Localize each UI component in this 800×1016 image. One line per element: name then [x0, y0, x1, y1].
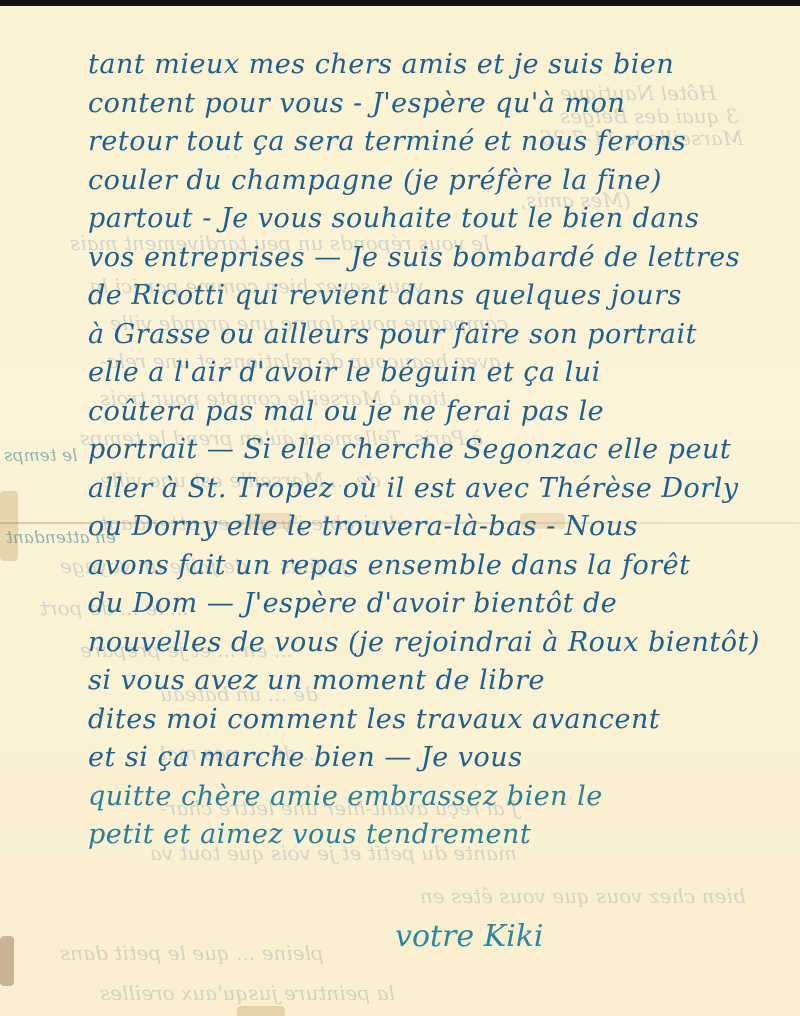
letter-line: quitte chère amie embrassez bien le — [88, 778, 800, 817]
margin-note: le temps — [4, 446, 78, 466]
letter-line: avons fait un repas ensemble dans la for… — [88, 547, 800, 586]
letter-line: de Ricotti qui revient dans quelques jou… — [88, 277, 800, 316]
letter-line: vos entreprises — Je suis bombardé de le… — [88, 239, 800, 278]
letter-line: et si ça marche bien — Je vous — [88, 739, 800, 778]
letter-page: Hôtel Nautique 3 quai des Belges Marseil… — [0, 6, 800, 1016]
letter-line: content pour vous - J'espère qu'à mon — [88, 85, 800, 124]
letter-line: petit et aimez vous tendrement — [88, 816, 800, 855]
letter-line: tant mieux mes chers amis et je suis bie… — [88, 46, 800, 85]
letter-body: tant mieux mes chers amis et je suis bie… — [88, 46, 800, 855]
letter-line: partout - Je vous souhaite tout le bien … — [88, 200, 800, 239]
letter-line: dites moi comment les travaux avancent — [88, 701, 800, 740]
letter-line: du Dom — J'espère d'avoir bientôt de — [88, 585, 800, 624]
letter-line: aller à St. Tropez où il est avec Thérès… — [88, 470, 800, 509]
letter-line: nouvelles de vous (je rejoindrai à Roux … — [88, 624, 800, 663]
tape-mark-left — [0, 491, 18, 561]
letter-line: elle a l'air d'avoir le béguin et ça lui — [88, 354, 800, 393]
letter-line: retour tout ça sera terminé et nous fero… — [88, 123, 800, 162]
bleed-text: pleine ... que le petit dans — [60, 941, 324, 965]
letter-line: coûtera pas mal ou je ne ferai pas le — [88, 393, 800, 432]
tape-mark-bottom — [237, 1006, 285, 1016]
letter-line: portrait — Si elle cherche Segonzac elle… — [88, 431, 800, 470]
letter-line: couler du champagne (je préfère la fine) — [88, 162, 800, 201]
stain-left-edge — [0, 936, 14, 986]
letter-line: si vous avez un moment de libre — [88, 662, 800, 701]
signature: votre Kiki — [395, 919, 543, 954]
letter-line: à Grasse ou ailleurs pour faire son port… — [88, 316, 800, 355]
bleed-text: la peinture jusqu'aux oreilles — [100, 981, 395, 1005]
letter-line: ou Dorny elle le trouvera-là-bas - Nous — [88, 508, 800, 547]
bleed-text: bien chez vous que vous êtes en — [420, 884, 746, 908]
